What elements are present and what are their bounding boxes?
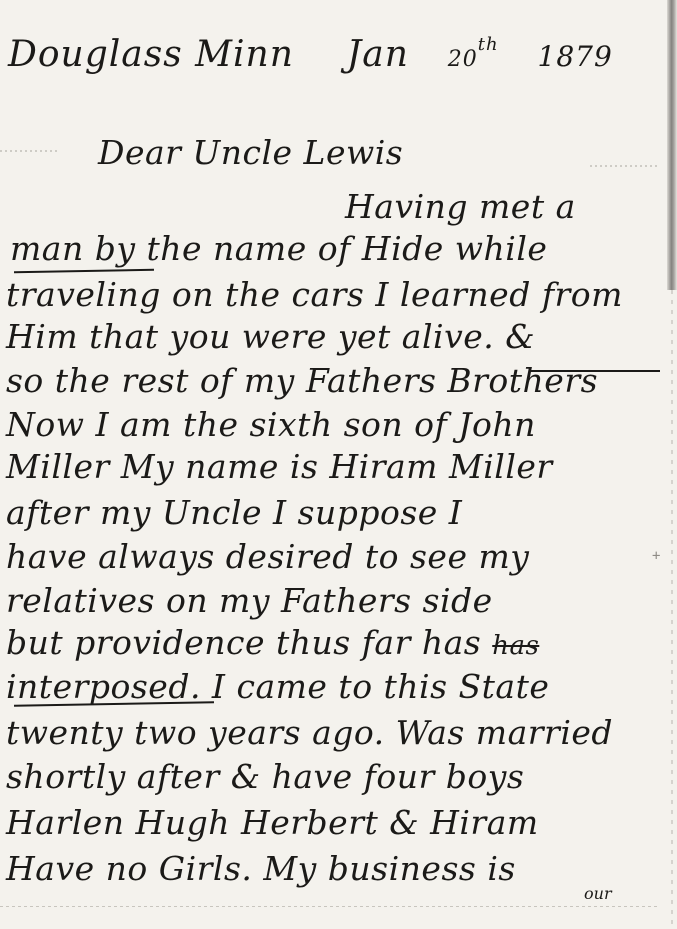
page-edge-mark — [671, 290, 673, 929]
body-line-13: twenty two years ago. Was married — [6, 716, 613, 749]
pen-underline-mark — [530, 370, 660, 372]
body-line-7: Miller My name is Hiram Miller — [6, 450, 553, 483]
heading-day-suffix: th — [478, 34, 499, 55]
body-line-4: Him that you were yet alive. & — [6, 320, 535, 353]
letter-heading: Douglass Minn Jan 20th 1879 — [8, 36, 613, 73]
pen-underline-mark — [14, 269, 154, 273]
scan-smudge — [0, 150, 60, 152]
heading-place: Douglass Minn — [8, 34, 294, 75]
body-line-12: interposed. I came to this State — [6, 670, 549, 703]
heading-day: 20 — [448, 47, 478, 72]
body-line-6: Now I am the sixth son of John — [6, 408, 536, 441]
body-line-15: Harlen Hugh Herbert & Hiram — [6, 806, 539, 839]
body-line-8: after my Uncle I suppose I — [6, 496, 462, 529]
heading-year: 1879 — [538, 40, 613, 73]
body-line-16: Have no Girls. My business is — [6, 852, 516, 885]
body-line-10: relatives on my Fathers side — [6, 584, 493, 617]
inserted-word: our — [584, 884, 612, 903]
body-line-5: so the rest of my Fathers Brothers — [6, 364, 598, 397]
body-line-2: man by the name of Hide while — [10, 232, 547, 265]
salutation: Dear Uncle Lewis — [98, 136, 403, 169]
body-line-11-text: but providence thus far has — [6, 623, 481, 662]
margin-crosshair-mark: + — [652, 548, 660, 564]
body-line-3: traveling on the cars I learned from — [6, 278, 623, 311]
body-line-14: shortly after & have four boys — [6, 760, 524, 793]
heading-month: Jan — [347, 34, 409, 75]
body-line-9: have always desired to see my — [6, 540, 529, 573]
bottom-ruled-line — [0, 906, 660, 907]
body-line-11: but providence thus far has has — [6, 626, 539, 659]
struck-word: has — [492, 631, 539, 661]
scan-smudge — [590, 165, 660, 167]
letter-page: + Douglass Minn Jan 20th 1879 Dear Uncle… — [0, 0, 677, 929]
page-edge-shadow — [667, 0, 677, 290]
body-line-1: Having met a — [345, 190, 576, 223]
